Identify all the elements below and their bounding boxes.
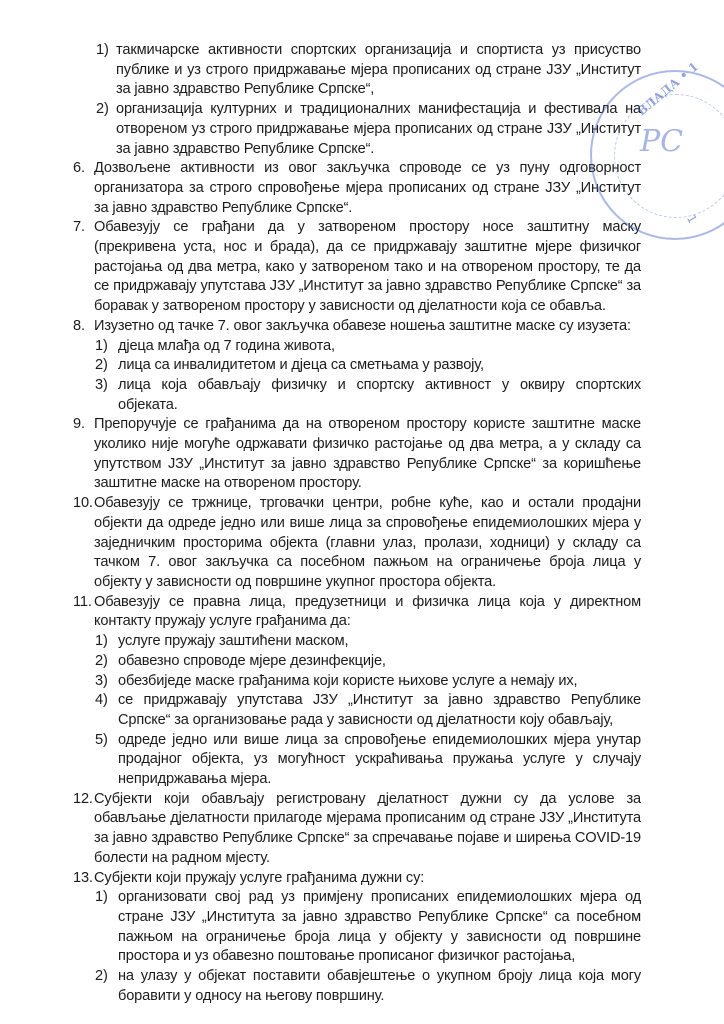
clause-number: 6. <box>73 159 85 179</box>
list-item-top-1: 1) такмичарске активности спортских орга… <box>116 41 641 100</box>
sub-text: организовати свој рад уз примјену пропис… <box>118 889 641 964</box>
clause-9: 9. Препоручује се грађанима да на отворе… <box>94 415 641 494</box>
clause-8-sub-2: 2) лица са инвалидитетом и дјеца са смет… <box>118 356 641 376</box>
clause-8-sub-1: 1) дјеца млађа од 7 година живота, <box>118 337 641 357</box>
clause-text: Субјекти који пружају услуге грађанима д… <box>94 870 424 886</box>
sub-text: се придржавају упутстава ЈЗУ „Институт з… <box>118 692 641 728</box>
sub-text: услуге пружају заштићени маском, <box>118 633 348 649</box>
sub-number: 2) <box>95 652 108 672</box>
sub-text: лица која обављају физичку и спортску ак… <box>118 377 641 413</box>
clause-13-sub-2: 2) на улазу у објекат поставити обавјешт… <box>118 967 641 1006</box>
clause-number: 8. <box>73 317 85 337</box>
clause-7: 7. Обавезују се грађани да у затвореном … <box>94 218 641 317</box>
sub-text: обезбиједе маске грађанима који користе … <box>118 673 577 689</box>
sub-number: 1) <box>95 337 108 357</box>
clause-number: 10. <box>73 494 93 514</box>
clause-8-sub-3: 3) лица која обављају физичку и спортску… <box>118 376 641 415</box>
sub-text: обавезно спроводе мјере дезинфекције, <box>118 653 386 669</box>
sub-text: лица са инвалидитетом и дјеца са сметњам… <box>118 357 484 373</box>
sub-number: 3) <box>95 376 108 396</box>
clause-text: Препоручује се грађанима да на отвореном… <box>94 416 641 491</box>
sub-text: одреде једно или више лица за спровођење… <box>118 732 641 787</box>
clause-12: 12. Субјекти који обављају регистровану … <box>94 790 641 869</box>
clause-number: 13. <box>73 869 93 889</box>
document-page: 1) такмичарске активности спортских орга… <box>0 41 724 1006</box>
sub-text: дјеца млађа од 7 година живота, <box>118 338 335 354</box>
clause-11-sub-5: 5) одреде једно или више лица за спровођ… <box>118 731 641 790</box>
item-number: 2) <box>96 100 109 120</box>
clause-11-sub-2: 2) обавезно спроводе мјере дезинфекције, <box>118 652 641 672</box>
clause-11-sub-1: 1) услуге пружају заштићени маском, <box>118 632 641 652</box>
clause-text: Дозвољене активности из овог закључка сп… <box>94 160 641 215</box>
sub-number: 2) <box>95 356 108 376</box>
clause-11-sub-4: 4) се придржавају упутстава ЈЗУ „Институ… <box>118 691 641 730</box>
clause-11: 11. Обавезују се правна лица, предузетни… <box>94 593 641 632</box>
clause-11-sub-3: 3) обезбиједе маске грађанима који корис… <box>118 672 641 692</box>
item-number: 1) <box>96 41 109 61</box>
clause-text: Субјекти који обављају регистровану дјел… <box>94 791 641 866</box>
clause-number: 9. <box>73 415 85 435</box>
item-text: такмичарске активности спортских организ… <box>116 42 641 97</box>
clause-number: 12. <box>73 790 93 810</box>
item-text: организација културних и традиционалних … <box>116 101 641 156</box>
clause-13: 13. Субјекти који пружају услуге грађани… <box>94 869 641 889</box>
clause-number: 11. <box>73 593 92 613</box>
clause-text: Обавезују се грађани да у затвореном про… <box>94 219 641 314</box>
sub-text: на улазу у објекат поставити обавјештење… <box>118 968 641 1004</box>
clause-6: 6. Дозвољене активности из овог закључка… <box>94 159 641 218</box>
clause-10: 10. Обавезују се тржнице, трговачки цент… <box>94 494 641 593</box>
sub-number: 5) <box>95 731 108 751</box>
clause-8: 8. Изузетно од тачке 7. овог закључка об… <box>94 317 641 337</box>
clause-text: Обавезују се правна лица, предузетници и… <box>94 594 641 630</box>
sub-number: 3) <box>95 672 108 692</box>
sub-number: 1) <box>95 888 108 908</box>
clause-text: Изузетно од тачке 7. овог закључка обаве… <box>94 318 631 334</box>
list-item-top-2: 2) организација културних и традиционалн… <box>116 100 641 159</box>
clause-13-sub-1: 1) организовати свој рад уз примјену про… <box>118 888 641 967</box>
clause-number: 7. <box>73 218 85 238</box>
clause-text: Обавезују се тржнице, трговачки центри, … <box>94 495 641 590</box>
sub-number: 4) <box>95 691 108 711</box>
sub-number: 1) <box>95 632 108 652</box>
sub-number: 2) <box>95 967 108 987</box>
